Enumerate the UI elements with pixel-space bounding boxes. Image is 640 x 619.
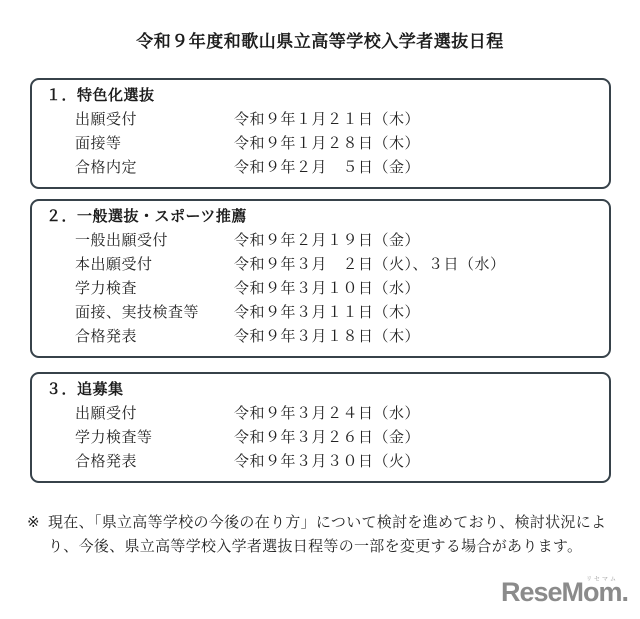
schedule-box-tokushoku: １．特色化選抜 出願受付 令和９年１月２１日（木） 面接等 令和９年１月２８日（… bbox=[30, 78, 611, 189]
resemom-logo-ruby: リセマム bbox=[586, 574, 618, 583]
table-row: 本出願受付 令和９年３月 ２日（火）、３日（水） bbox=[46, 253, 599, 277]
table-row: 一般出願受付 令和９年２月１９日（金） bbox=[46, 229, 599, 253]
schedule-box-tsuibosyu: ３．追募集 出願受付 令和９年３月２４日（水） 学力検査等 令和９年３月２６日（… bbox=[30, 372, 611, 483]
footnote-marker: ※ bbox=[27, 511, 48, 559]
page-title: 令和９年度和歌山県立高等学校入学者選抜日程 bbox=[0, 27, 640, 52]
schedule-item-label: 学力検査等 bbox=[75, 426, 234, 450]
footnote-text: 現在、「県立高等学校の今後の在り方」について検討を進めており、検討状況により、今… bbox=[48, 511, 617, 559]
schedule-item-date: 令和９年３月１８日（木） bbox=[234, 325, 420, 349]
table-row: 合格発表 令和９年３月１８日（木） bbox=[46, 325, 599, 349]
table-row: 面接等 令和９年１月２８日（木） bbox=[46, 132, 599, 156]
schedule-item-label: 出願受付 bbox=[75, 402, 234, 426]
schedule-item-date: 令和９年２月 ５日（金） bbox=[234, 156, 420, 180]
table-row: 合格発表 令和９年３月３０日（火） bbox=[46, 450, 599, 474]
table-row: 合格内定 令和９年２月 ５日（金） bbox=[46, 156, 599, 180]
schedule-item-date: 令和９年２月１９日（金） bbox=[234, 229, 420, 253]
section-heading: １．特色化選抜 bbox=[46, 84, 599, 108]
schedule-item-date: 令和９年３月２４日（水） bbox=[234, 402, 420, 426]
schedule-box-ippan: ２．一般選抜・スポーツ推薦 一般出願受付 令和９年２月１９日（金） 本出願受付 … bbox=[30, 199, 611, 358]
table-row: 出願受付 令和９年１月２１日（木） bbox=[46, 108, 599, 132]
schedule-item-label: 合格内定 bbox=[75, 156, 234, 180]
schedule-item-label: 面接等 bbox=[75, 132, 234, 156]
schedule-item-date: 令和９年３月１１日（木） bbox=[234, 301, 420, 325]
schedule-item-date: 令和９年３月１０日（水） bbox=[234, 277, 420, 301]
schedule-item-date: 令和９年１月２８日（木） bbox=[234, 132, 420, 156]
table-row: 学力検査 令和９年３月１０日（水） bbox=[46, 277, 599, 301]
section-heading: ３．追募集 bbox=[46, 378, 599, 402]
document-page: 令和９年度和歌山県立高等学校入学者選抜日程 １．特色化選抜 出願受付 令和９年１… bbox=[0, 0, 640, 619]
schedule-item-label: 本出願受付 bbox=[75, 253, 234, 277]
schedule-item-label: 面接、実技検査等 bbox=[75, 301, 234, 325]
schedule-item-date: 令和９年３月３０日（火） bbox=[234, 450, 420, 474]
schedule-item-label: 出願受付 bbox=[75, 108, 234, 132]
schedule-item-date: 令和９年３月２６日（金） bbox=[234, 426, 420, 450]
resemom-logo: ReseMom. リセマム bbox=[501, 577, 628, 608]
schedule-item-label: 合格発表 bbox=[75, 450, 234, 474]
schedule-item-date: 令和９年３月 ２日（火）、３日（水） bbox=[234, 253, 506, 277]
table-row: 面接、実技検査等 令和９年３月１１日（木） bbox=[46, 301, 599, 325]
section-heading: ２．一般選抜・スポーツ推薦 bbox=[46, 205, 599, 229]
schedule-item-label: 合格発表 bbox=[75, 325, 234, 349]
table-row: 学力検査等 令和９年３月２６日（金） bbox=[46, 426, 599, 450]
schedule-item-label: 学力検査 bbox=[75, 277, 234, 301]
schedule-item-date: 令和９年１月２１日（木） bbox=[234, 108, 420, 132]
footnote: ※ 現在、「県立高等学校の今後の在り方」について検討を進めており、検討状況により… bbox=[27, 511, 617, 559]
schedule-item-label: 一般出願受付 bbox=[75, 229, 234, 253]
table-row: 出願受付 令和９年３月２４日（水） bbox=[46, 402, 599, 426]
